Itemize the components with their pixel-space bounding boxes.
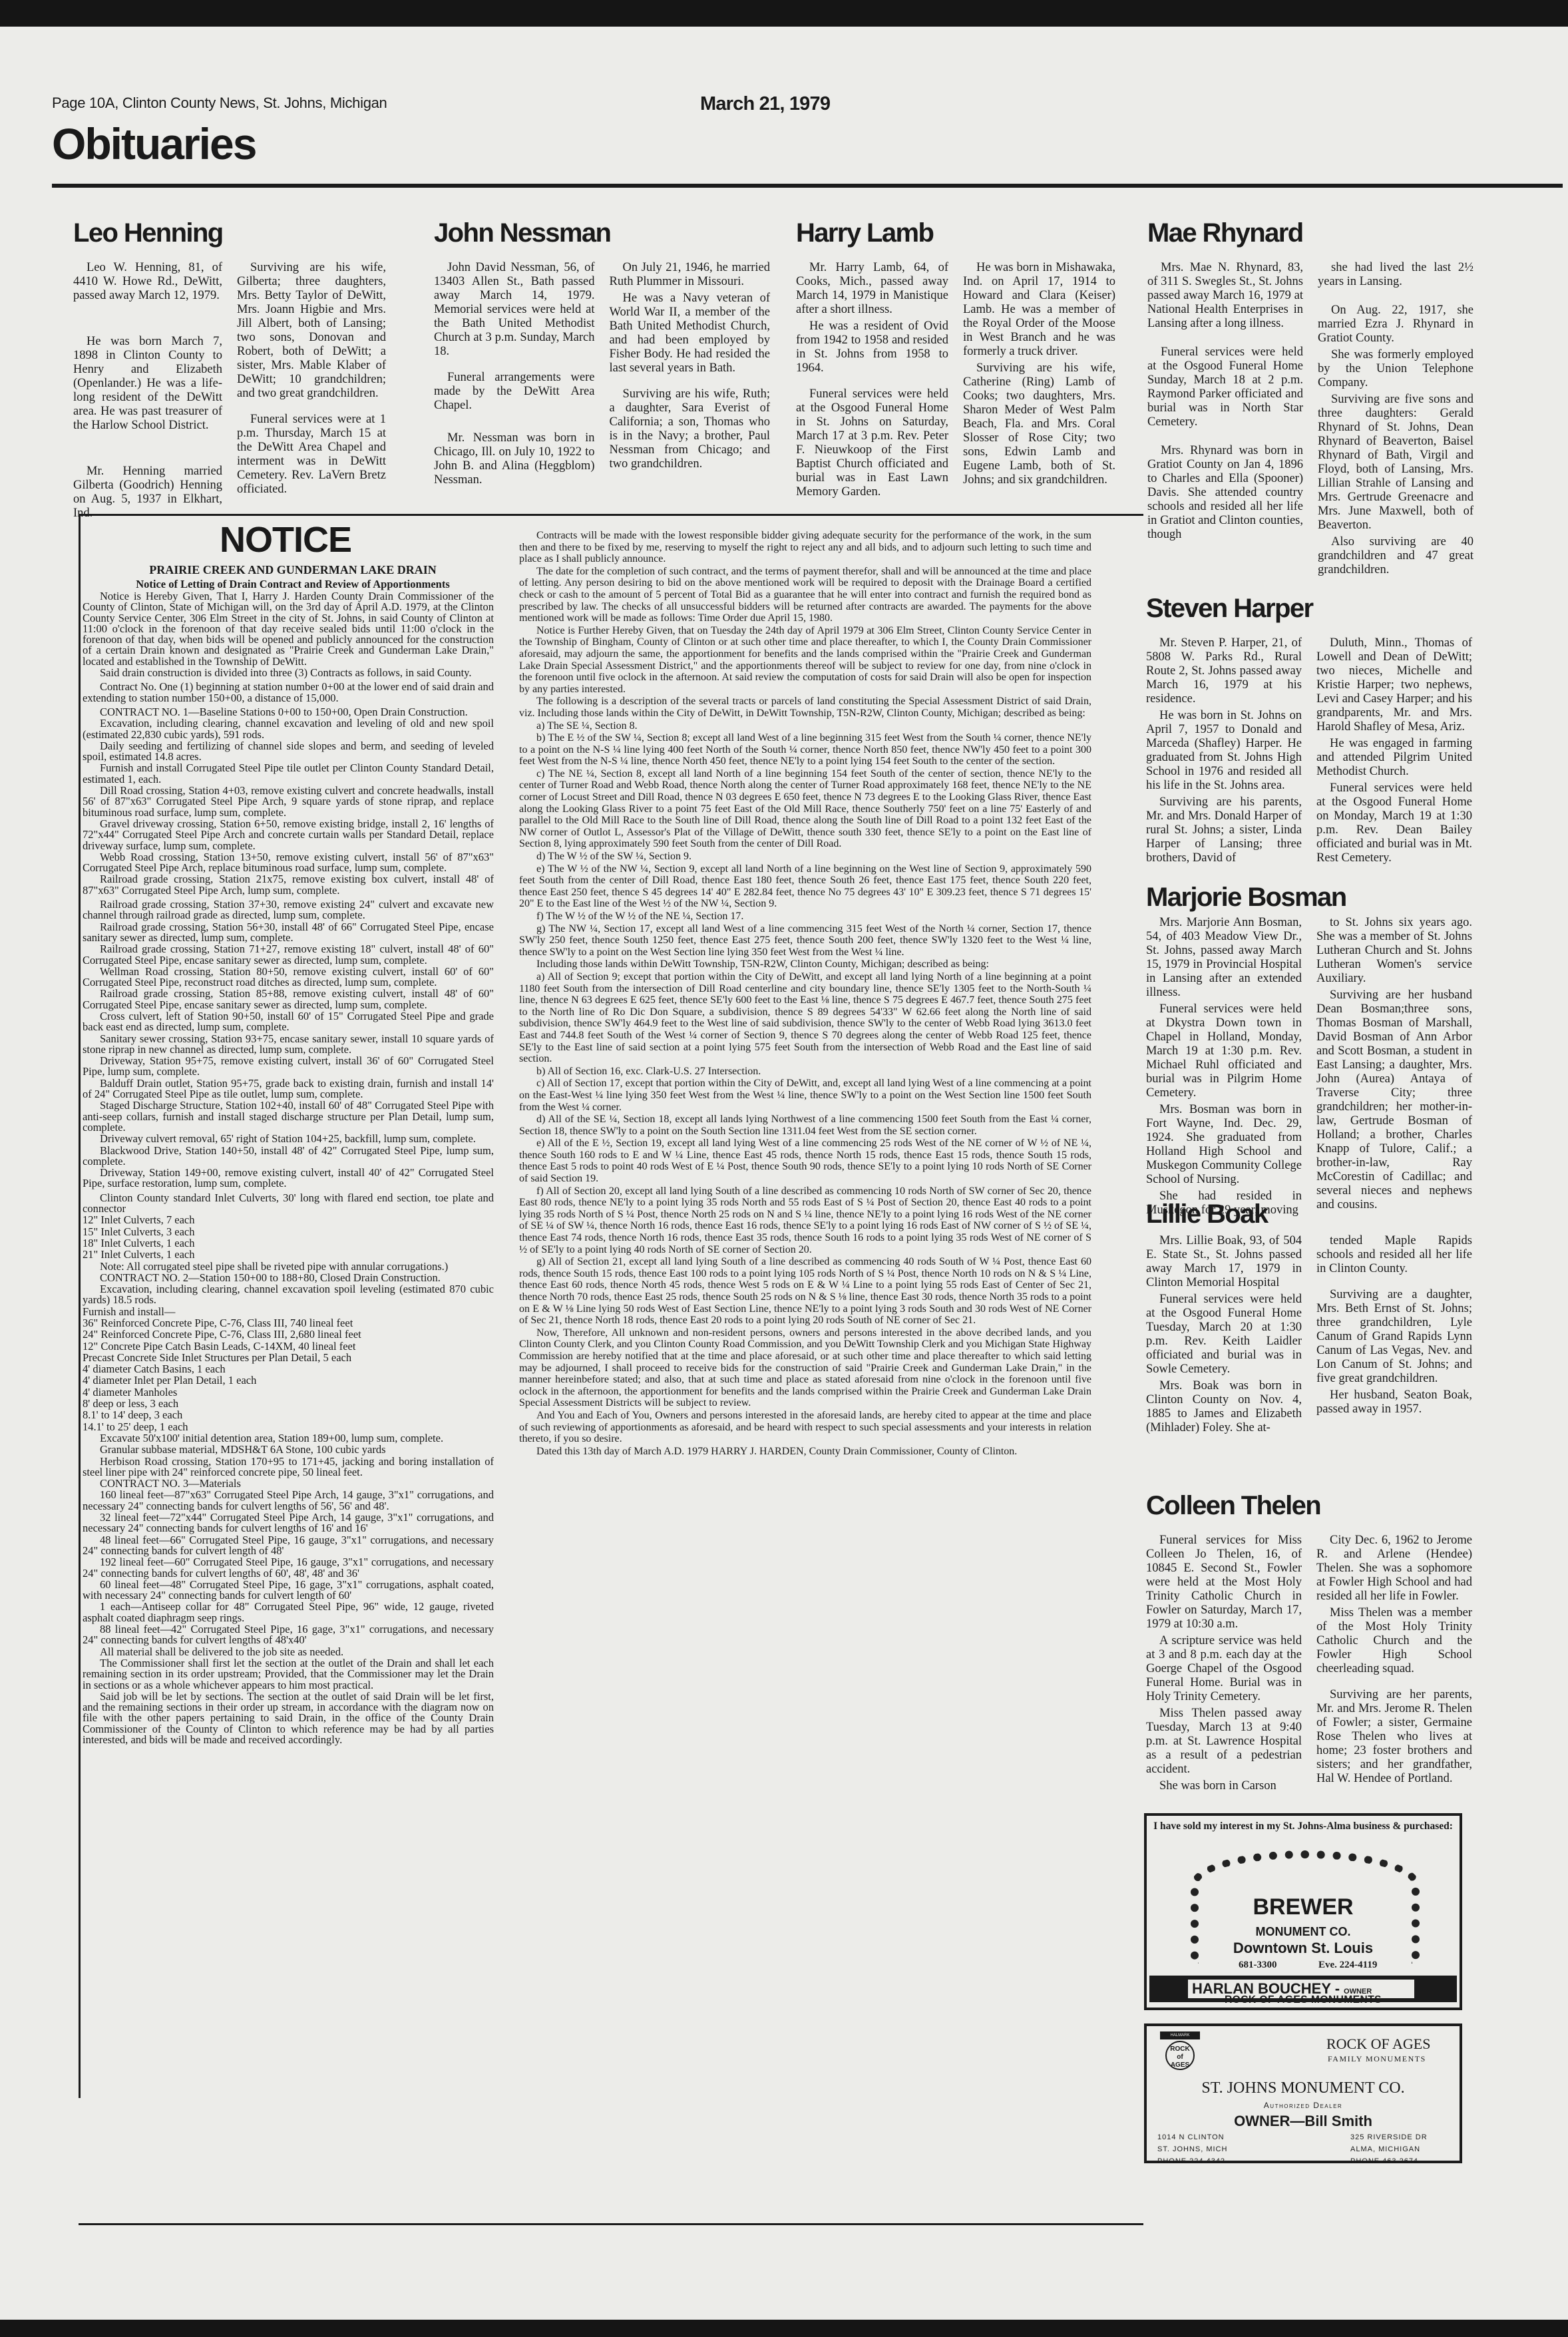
notice-list-item: 21" Inlet Culverts, 1 each (83, 1249, 494, 1260)
obit-paragraph: On July 21, 1946, he married Ruth Plumme… (610, 261, 771, 289)
obit-paragraph: Surviving are her parents, Mr. and Mrs. … (1316, 1688, 1472, 1786)
notice-paragraph: g) The NW ¼, Section 17, except all land… (519, 923, 1091, 958)
obituary-steven-harper: Steven Harper Mr. Steven P. Harper, 21, … (1146, 592, 1472, 868)
obit-paragraph: Mrs. Mae N. Rhynard, 83, of 311 S. Swegl… (1147, 261, 1303, 331)
notice-paragraph: Railroad grade crossing, Station 56+30, … (83, 922, 494, 944)
notice-paragraph: CONTRACT NO. 2—Station 150+00 to 188+80,… (83, 1273, 494, 1283)
obit-paragraph: Funeral services were at 1 p.m. Thursday… (237, 413, 386, 497)
ad-tagline: ROCK OF AGES MONUMENTS (1147, 1994, 1460, 2006)
obit-paragraph: Mrs. Boak was born in Clinton County on … (1146, 1379, 1302, 1435)
notice-list-item: 12" Inlet Culverts, 7 each (83, 1215, 494, 1225)
ad-company-type: MONUMENT CO. (1147, 1925, 1460, 1939)
notice-list-item: 18" Inlet Culverts, 1 each (83, 1238, 494, 1249)
notice-paragraph: 88 lineal feet—42" Corrugated Steel Pipe… (83, 1624, 494, 1646)
notice-paragraph: Driveway culvert removal, 65' right of S… (83, 1134, 494, 1144)
newspaper-page: Page 10A, Clinton County News, St. Johns… (0, 0, 1568, 2337)
obit-paragraph: Surviving are his wife, Catherine (Ring)… (963, 361, 1115, 487)
obituary-name: Colleen Thelen (1146, 1490, 1472, 1522)
obit-paragraph: Surviving are a daughter, Mrs. Beth Erns… (1316, 1288, 1472, 1386)
notice-paragraph: a) The SE ¼, Section 8. (519, 720, 1091, 732)
obit-paragraph: She was formerly employed by the Union T… (1318, 348, 1473, 390)
notice-list-item: Furnish and install— (83, 1307, 494, 1317)
notice-paragraph: Railroad grade crossing, Station 71+27, … (83, 944, 494, 966)
notice-paragraph: Railroad grade crossing, Station 37+30, … (83, 899, 494, 921)
obituary-name: John Nessman (434, 217, 770, 249)
ad-owner: OWNER—Bill Smith (1147, 2113, 1460, 2130)
notice-paragraph: Railroad grade crossing, Station 85+88, … (83, 988, 494, 1010)
obit-paragraph: Surviving are his wife, Ruth; a daughter… (610, 387, 771, 471)
notice-list-item: 36" Reinforced Concrete Pipe, C-76, Clas… (83, 1318, 494, 1329)
notice-paragraph: Staged Discharge Structure, Station 102+… (83, 1100, 494, 1133)
notice-paragraph: Balduff Drain outlet, Station 95+75, gra… (83, 1078, 494, 1100)
obituary-leo-henning: Leo Henning Leo W. Henning, 81, of 4410 … (73, 217, 386, 523)
obit-paragraph: Miss Thelen was a member of the Most Hol… (1316, 1606, 1472, 1676)
notice-paragraph: Gravel driveway crossing, Station 6+50, … (83, 819, 494, 851)
notice-paragraph: Wellman Road crossing, Station 80+50, re… (83, 966, 494, 988)
notice-paragraph: Said job will be let by sections. The se… (83, 1691, 494, 1745)
notice-paragraph: And You and Each of You, Owners and pers… (519, 1410, 1091, 1445)
obit-paragraph: Funeral services for Miss Colleen Jo The… (1146, 1534, 1302, 1631)
obit-paragraph: Mrs. Bosman was born in Fort Wayne, Ind.… (1146, 1103, 1302, 1187)
ad-address-left: 1014 N CLINTON ST. JOHNS, MICH PHONE 224… (1157, 2131, 1227, 2167)
obit-paragraph: Surviving are his parents, Mr. and Mrs. … (1146, 795, 1302, 865)
notice-list-item: 8' deep or less, 3 each (83, 1398, 494, 1409)
obit-paragraph: He was born March 7, 1898 in Clinton Cou… (73, 335, 222, 433)
notice-paragraph: 32 lineal feet—72"x44" Corrugated Steel … (83, 1512, 494, 1534)
obit-paragraph: Mrs. Rhynard was born in Gratiot County … (1147, 444, 1303, 542)
notice-paragraph: Sanitary sewer crossing, Station 93+75, … (83, 1034, 494, 1056)
obit-paragraph: Mrs. Lillie Boak, 93, of 504 E. State St… (1146, 1234, 1302, 1290)
notice-paragraph: CONTRACT NO. 3—Materials (83, 1478, 494, 1489)
obituary-mae-rhynard: Mae Rhynard Mrs. Mae N. Rhynard, 83, of … (1147, 217, 1473, 580)
obit-paragraph: Mr. Henning married Gilberta (Goodrich) … (73, 465, 222, 521)
notice-paragraph: e) All of the E ½, Section 19, except al… (519, 1138, 1091, 1184)
obit-paragraph: Funeral services were held at the Osgood… (1316, 781, 1472, 865)
notice-paragraph: Contract No. One (1) beginning at statio… (83, 682, 494, 704)
notice-paragraph: c) All of Section 17, except that portio… (519, 1078, 1091, 1113)
notice-paragraph: Dill Road crossing, Station 4+03, remove… (83, 785, 494, 818)
notice-list-item: 14.1' to 25' deep, 1 each (83, 1422, 494, 1432)
brewer-monument-ad: I have sold my interest in my St. Johns-… (1144, 1813, 1462, 2010)
obit-paragraph: she had lived the last 2½ years in Lansi… (1318, 261, 1473, 289)
notice-paragraph: b) All of Section 16, exc. Clark-U.S. 27… (519, 1066, 1091, 1078)
ad-eve-phone: Eve. 224-4119 (1318, 1960, 1377, 1971)
notice-paragraph: Railroad grade crossing, Station 21x75, … (83, 874, 494, 896)
obit-paragraph: He was engaged in farming and attended P… (1316, 737, 1472, 779)
obit-paragraph: Surviving are her husband Dean Bosman;th… (1316, 988, 1472, 1212)
obituary-marjorie-bosman: Marjorie Bosman Mrs. Marjorie Ann Bosman… (1146, 881, 1472, 1220)
notice-bottom-rule (79, 2223, 1143, 2225)
notice-paragraph: Herbison Road crossing, Station 170+95 t… (83, 1456, 494, 1478)
ad-company-name: BREWER (1147, 1894, 1460, 1920)
notice-paragraph: Now, Therefore, All unknown and non-resi… (519, 1327, 1091, 1409)
obituary-name: Marjorie Bosman (1146, 881, 1472, 913)
notice-paragraph: Excavation, including clearing, channel … (83, 718, 494, 740)
obit-paragraph: He was a resident of Ovid from 1942 to 1… (796, 319, 948, 375)
notice-paragraph: Notice is Hereby Given, That I, Harry J.… (83, 591, 494, 667)
notice-paragraph: Note: All corrugated steel pipe shall be… (83, 1261, 494, 1272)
ad-brand-sub: FAMILY MONUMENTS (1328, 2054, 1426, 2064)
notice-list-item: 24" Reinforced Concrete Pipe, C-76, Clas… (83, 1329, 494, 1340)
ad-address-right: 325 RIVERSIDE DR ALMA, MICHIGAN PHONE 46… (1350, 2131, 1428, 2167)
ad-dealer: Authorized Dealer (1147, 2101, 1460, 2110)
notice-paragraph: Excavation, including clearing, channel … (83, 1284, 494, 1306)
obit-paragraph: Funeral services were held at the Osgood… (796, 387, 948, 499)
ad-lead-text: I have sold my interest in my St. Johns-… (1147, 1820, 1460, 1832)
notice-paragraph: Dated this 13th day of March A.D. 1979 H… (519, 1446, 1091, 1458)
notice-title: NOTICE (220, 519, 351, 560)
ad-phone: 681-3300 (1239, 1960, 1277, 1971)
obit-paragraph: Mr. Steven P. Harper, 21, of 5808 W. Par… (1146, 636, 1302, 706)
obit-paragraph: A scripture service was held at 3 and 8 … (1146, 1634, 1302, 1704)
notice-paragraph: 160 lineal feet—87"x63" Corrugated Steel… (83, 1490, 494, 1512)
obit-paragraph: City Dec. 6, 1962 to Jerome R. and Arlen… (1316, 1534, 1472, 1603)
address-line: 325 RIVERSIDE DR (1350, 2131, 1428, 2143)
notice-subtitle: PRAIRIE CREEK AND GUNDERMAN LAKE DRAIN (80, 563, 506, 577)
notice-paragraph: 60 lineal feet—48" Corrugated Steel Pipe… (83, 1580, 494, 1601)
notice-paragraph: Cross culvert, left of Station 90+50, in… (83, 1011, 494, 1033)
notice-paragraph: Webb Road crossing, Station 13+50, remov… (83, 852, 494, 874)
notice-paragraph: Said drain construction is divided into … (83, 668, 494, 678)
issue-date: March 21, 1979 (700, 93, 830, 115)
notice-paragraph: Notice is Further Hereby Given, that on … (519, 625, 1091, 696)
notice-list-item: 4' diameter Catch Basins, 1 each (83, 1364, 494, 1375)
obit-paragraph: He was a Navy veteran of World War II, a… (610, 292, 771, 375)
obit-paragraph: John David Nessman, 56, of 13403 Allen S… (434, 261, 595, 359)
notice-paragraph: Including those lands within DeWitt Town… (519, 958, 1091, 970)
notice-paragraph: a) All of Section 9; except that portion… (519, 971, 1091, 1065)
obituary-colleen-thelen: Colleen Thelen Funeral services for Miss… (1146, 1490, 1472, 1796)
obit-paragraph: Leo W. Henning, 81, of 4410 W. Howe Rd.,… (73, 261, 222, 303)
obit-paragraph: Funeral services were held at the Osgood… (1146, 1293, 1302, 1377)
notice-paragraph: Granular subbase material, MDSH&T 6A Sto… (83, 1444, 494, 1455)
notice-paragraph: Furnish and install Corrugated Steel Pip… (83, 763, 494, 785)
obit-paragraph: Mr. Nessman was born in Chicago, Ill. on… (434, 431, 595, 487)
notice-paragraph: Clinton County standard Inlet Culverts, … (83, 1193, 494, 1215)
notice-paragraph: f) The W ½ of the W ½ of the NE ¼, Secti… (519, 911, 1091, 923)
scan-border-top (0, 0, 1568, 27)
notice-list-item: 12" Concrete Pipe Catch Basin Leads, C-1… (83, 1341, 494, 1352)
obituary-name: Lillie Boak (1146, 1198, 1472, 1230)
address-line: PHONE 224 4342 (1157, 2155, 1227, 2167)
section-title: Obituaries (52, 118, 256, 169)
header-rule (52, 184, 1563, 188)
notice-paragraph: Excavate 50'x100' initial detention area… (83, 1433, 494, 1444)
notice-list-item: Precast Concrete Side Inlet Structures p… (83, 1353, 494, 1363)
notice-paragraph: Daily seeding and fertilizing of channel… (83, 741, 494, 763)
notice-right-column: Contracts will be made with the lowest r… (519, 530, 1091, 1458)
notice-paragraph: 48 lineal feet—66" Corrugated Steel Pipe… (83, 1535, 494, 1557)
obit-paragraph: Funeral arrangements were made by the De… (434, 371, 595, 413)
notice-paragraph: The Commissioner shall first let the sec… (83, 1658, 494, 1691)
notice-paragraph: The following is a description of the se… (519, 696, 1091, 719)
obit-paragraph: She was born in Carson (1146, 1779, 1302, 1793)
ad-company-name: ST. JOHNS MONUMENT CO. (1147, 2079, 1460, 2097)
notice-paragraph: d) The W ½ of the SW ¼, Section 9. (519, 851, 1091, 863)
notice-list-item: 15" Inlet Culverts, 3 each (83, 1227, 494, 1237)
obit-paragraph: tended Maple Rapids schools and resided … (1316, 1234, 1472, 1276)
obit-paragraph: Miss Thelen passed away Tuesday, March 1… (1146, 1707, 1302, 1777)
obit-paragraph: On Aug. 22, 1917, she married Ezra J. Rh… (1318, 304, 1473, 345)
notice-paragraph: All material shall be delivered to the j… (83, 1647, 494, 1657)
obituary-harry-lamb: Harry Lamb Mr. Harry Lamb, 64, of Cooks,… (796, 217, 1115, 502)
obit-paragraph: Duluth, Minn., Thomas of Lowell and Dean… (1316, 636, 1472, 734)
obit-paragraph: Her husband, Seaton Boak, passed away in… (1316, 1388, 1472, 1416)
notice-list-item: 8.1' to 14' deep, 3 each (83, 1410, 494, 1420)
obit-paragraph: Mrs. Marjorie Ann Bosman, 54, of 403 Mea… (1146, 916, 1302, 1000)
ad-location: Downtown St. Louis (1147, 1940, 1460, 1957)
notice-paragraph: Driveway, Station 95+75, remove existing… (83, 1056, 494, 1078)
obit-paragraph: He was born in St. Johns on April 7, 195… (1146, 709, 1302, 793)
obit-paragraph: Surviving are five sons and three daught… (1318, 393, 1473, 532)
address-line: 1014 N CLINTON (1157, 2131, 1227, 2143)
ad-brand: ROCK OF AGES (1326, 2035, 1430, 2053)
notice-paragraph: Contracts will be made with the lowest r… (519, 530, 1091, 565)
address-line: PHONE 463 2674 (1350, 2155, 1428, 2167)
notice-list-item: 4' diameter Inlet per Plan Detail, 1 eac… (83, 1375, 494, 1386)
obituary-name: Harry Lamb (796, 217, 1115, 249)
obituary-name: Steven Harper (1146, 592, 1472, 624)
obit-paragraph: He was born in Mishawaka, Ind. on April … (963, 261, 1115, 359)
obit-paragraph: Mr. Harry Lamb, 64, of Cooks, Mich., pas… (796, 261, 948, 317)
notice-paragraph: f) All of Section 20, except all land ly… (519, 1185, 1091, 1256)
notice-paragraph: Driveway, Station 149+00, remove existin… (83, 1168, 494, 1189)
notice-paragraph: Blackwood Drive, Station 140+50, install… (83, 1146, 494, 1168)
notice-paragraph: 1 each—Antiseep collar for 48" Corrugate… (83, 1601, 494, 1623)
page-folio: Page 10A, Clinton County News, St. Johns… (52, 95, 387, 112)
scan-border-bottom (0, 2320, 1568, 2337)
notice-paragraph: d) All of the SE ¼, Section 18, except a… (519, 1114, 1091, 1137)
st-johns-monument-ad: HALMARK ROCK of AGES ROCK OF AGES FAMILY… (1144, 2023, 1462, 2163)
notice-paragraph: 192 lineal feet—60" Corrugated Steel Pip… (83, 1557, 494, 1579)
logo-circle: ROCK of AGES (1165, 2041, 1195, 2070)
obit-paragraph: Also surviving are 40 grandchildren and … (1318, 535, 1473, 577)
obit-paragraph: to St. Johns six years ago. She was a me… (1316, 916, 1472, 986)
rock-of-ages-logo-icon: HALMARK ROCK of AGES (1160, 2031, 1200, 2074)
obituary-name: Mae Rhynard (1147, 217, 1473, 249)
obituary-name: Leo Henning (73, 217, 386, 249)
obit-paragraph: Funeral services were held at Dkystra Do… (1146, 1002, 1302, 1100)
notice-subtitle-2: Notice of Letting of Drain Contract and … (80, 578, 506, 591)
obituary-john-nessman: John Nessman John David Nessman, 56, of … (434, 217, 770, 490)
notice-list-item: 4' diameter Manholes (83, 1387, 494, 1398)
notice-paragraph: CONTRACT NO. 1—Baseline Stations 0+00 to… (83, 707, 494, 718)
address-line: ST. JOHNS, MICH (1157, 2143, 1227, 2155)
obit-paragraph: Funeral services were held at the Osgood… (1147, 345, 1303, 429)
notice-paragraph: The date for the completion of such cont… (519, 566, 1091, 624)
notice-paragraph: c) The NE ¼, Section 8, except all land … (519, 768, 1091, 850)
notice-left-column: Notice is Hereby Given, That I, Harry J.… (83, 591, 494, 1746)
notice-paragraph: g) All of Section 21, except all land ly… (519, 1256, 1091, 1327)
logo-ribbon: HALMARK (1160, 2031, 1200, 2039)
notice-paragraph: e) The W ½ of the NW ¼, Section 9, excep… (519, 863, 1091, 910)
obituary-lillie-boak: Lillie Boak Mrs. Lillie Boak, 93, of 504… (1146, 1198, 1472, 1438)
notice-paragraph: b) The E ½ of the SW ¼, Section 8; excep… (519, 732, 1091, 767)
obit-paragraph: Surviving are his wife, Gilberta; three … (237, 261, 386, 401)
address-line: ALMA, MICHIGAN (1350, 2143, 1428, 2155)
